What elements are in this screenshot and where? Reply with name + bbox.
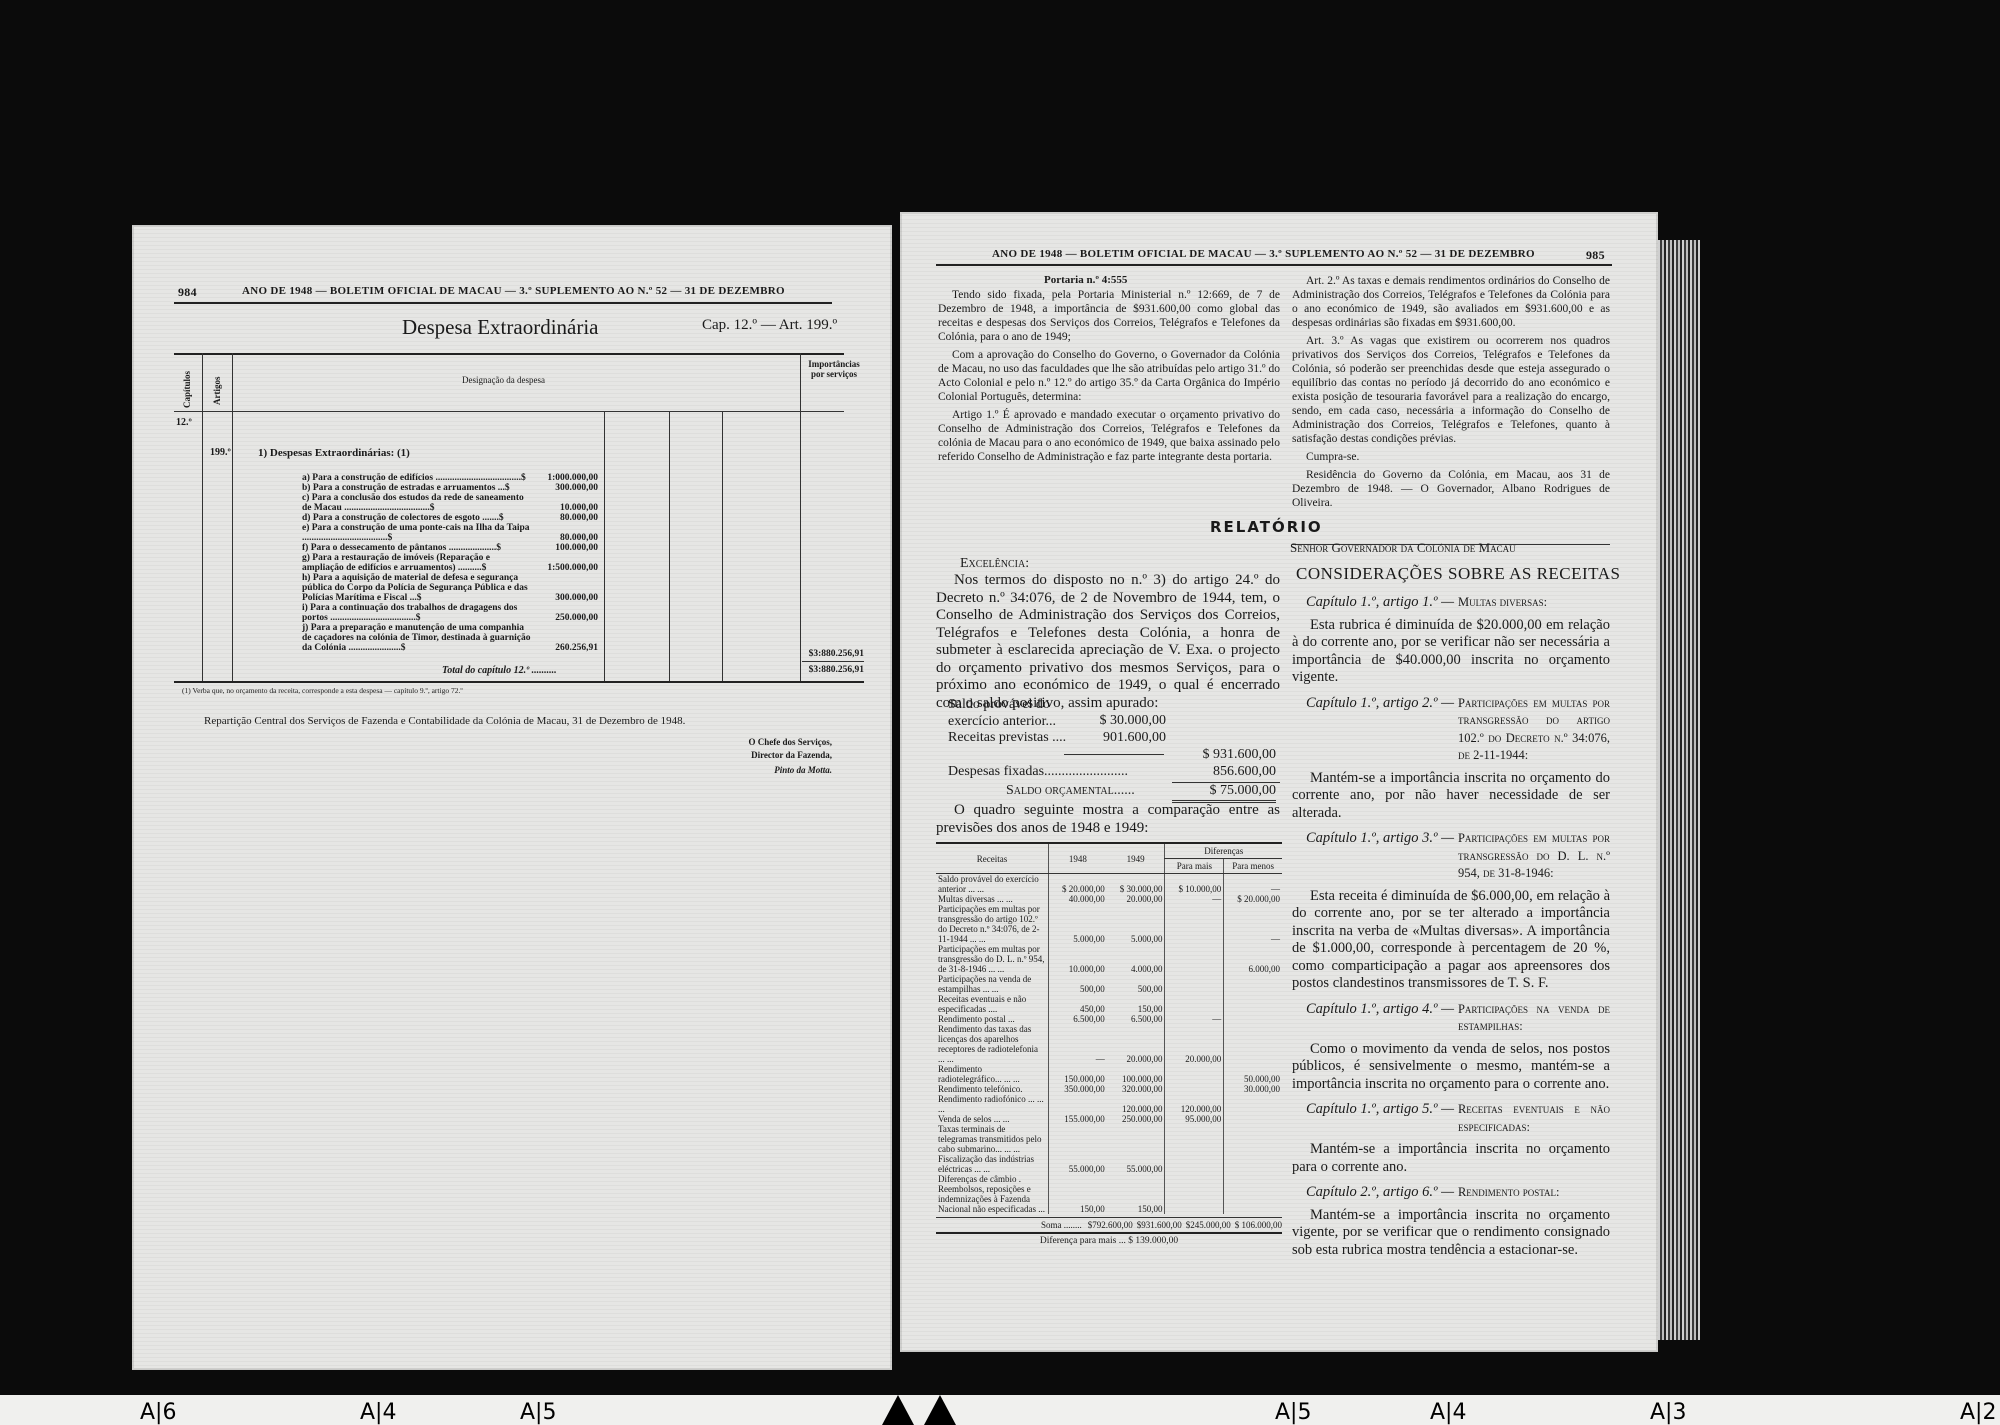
expense-item-b: b) Para a construção de estradas e arrua… <box>302 483 532 493</box>
comparison-table-body: Saldo provável do exercício anterior ...… <box>936 874 1282 1215</box>
page-edge <box>1658 240 1700 1340</box>
footnote: (1) Verba que, no orçamento da receita, … <box>182 686 463 695</box>
signoff-role-1: O Chefe dos Serviços, <box>702 737 832 747</box>
relatorio-title: RELATÓRIO <box>1210 518 1323 536</box>
saldo-value: $ 30.000,00 <box>1086 713 1166 730</box>
th-1948: 1948 <box>1049 844 1107 874</box>
expense-item-c: c) Para a conclusão dos estudos da rede … <box>302 493 532 513</box>
expense-item-d: d) Para a construção de colectores de es… <box>302 513 532 523</box>
table-row: Saldo provável do exercício anterior ...… <box>936 874 1282 895</box>
signoff-place: Repartição Central dos Serviços de Fazen… <box>204 715 685 727</box>
consideracao-section: Capítulo 1.º, artigo 3.º —Participações … <box>1292 830 1610 993</box>
table-row: Rendimento das taxas das licenças dos ap… <box>936 1024 1282 1064</box>
consideracao-section: Capítulo 2.º, artigo 6.º —Rendimento pos… <box>1292 1184 1610 1259</box>
table-row: Reembolsos, reposições e indemnizações à… <box>936 1184 1282 1214</box>
receitas-label: Receitas previstas .... <box>948 730 1066 747</box>
salutation: Senhor Governador da Colónia de Macau <box>1290 540 1516 556</box>
sum-value: $ 931.600,00 <box>1172 747 1276 764</box>
consideracoes-sections: Capítulo 1.º, artigo 1.º —Multas diversa… <box>1292 594 1610 1267</box>
left-running-head: ANO DE 1948 — BOLETIM OFICIAL DE MACAU —… <box>242 285 785 297</box>
despesas-label: Despesas fixadas........................ <box>948 764 1128 781</box>
expense-item-j: j) Para a preparação e manutenção de uma… <box>302 623 532 653</box>
consideracao-section: Capítulo 1.º, artigo 5.º —Receitas event… <box>1292 1101 1610 1176</box>
table-bottom-rule <box>174 681 864 683</box>
right-page-number: 985 <box>1586 248 1605 263</box>
frame-marker: A|5 <box>520 1400 556 1425</box>
frame-marker: A|6 <box>140 1400 176 1425</box>
soma-mais: $245.000,00 <box>1186 1220 1231 1230</box>
section-heading: 1) Despesas Extraordinárias: (1) <box>258 447 410 459</box>
quadro-intro: O quadro seguinte mostra a comparação en… <box>936 802 1280 843</box>
artigo-value: 199.º <box>210 447 231 458</box>
table-row: Rendimento radiofónico ... ... ...120.00… <box>936 1094 1282 1114</box>
table-row: Participações em multas por transgressão… <box>936 944 1282 974</box>
col-designacao: Designação da despesa <box>462 375 545 385</box>
consideracao-section: Capítulo 1.º, artigo 1.º —Multas diversa… <box>1292 594 1610 687</box>
excelencia: Excelência: <box>960 556 1029 572</box>
balance-block: Saldo provável do exercício anterior... … <box>936 697 1280 803</box>
total-amount: $3:880.256,91 <box>802 665 864 675</box>
table-title: Despesa Extraordinária <box>402 315 599 340</box>
consideracoes-title: CONSIDERAÇÕES SOBRE AS RECEITAS <box>1296 564 1620 584</box>
left-page-number: 984 <box>178 285 197 300</box>
expense-item-h: h) Para a aquisição de material de defes… <box>302 573 532 603</box>
expense-item-f: f) Para o dessecamento de pântanos .....… <box>302 543 532 553</box>
total-label: Total do capítulo 12.º .......... <box>442 665 557 676</box>
frame-marker: A|5 <box>1275 1400 1311 1425</box>
portaria-title: Portaria n.º 4:555 <box>1044 274 1127 286</box>
soma-menos: $ 106.000,00 <box>1235 1220 1282 1230</box>
diferenca-total: Diferença para mais ... $ 139.000,00 <box>936 1236 1282 1246</box>
receitas-value: 901.600,00 <box>1086 730 1166 747</box>
th-1949: 1949 <box>1107 844 1165 874</box>
portaria-body-right: Art. 2.º As taxas e demais rendimentos o… <box>1292 274 1610 514</box>
table-row: Participações em multas por transgressão… <box>936 904 1282 944</box>
th-diferencas: Diferenças <box>1165 844 1282 859</box>
frame-marker: A|2 <box>1960 1400 1996 1425</box>
th-para-mais: Para mais <box>1165 859 1224 874</box>
saldo-orcamental-value: $ 75.000,00 <box>1172 783 1276 803</box>
expense-item-g: g) Para a restauração de imóveis (Repara… <box>302 553 532 573</box>
table-row: Multas diversas ... ...40.000,0020.000,0… <box>936 894 1282 904</box>
table-row: Participações na venda de estampilhas ..… <box>936 974 1282 994</box>
left-page: 984 ANO DE 1948 — BOLETIM OFICIAL DE MAC… <box>132 225 892 1370</box>
header-rule <box>174 302 832 304</box>
capitulo-value: 12.º <box>176 417 192 428</box>
saldo-label: Saldo provável do exercício anterior... <box>948 697 1088 730</box>
table-row: Rendimento postal ...6.500,006.500,00— <box>936 1014 1282 1024</box>
table-top-rule <box>174 353 844 355</box>
table-row: Fiscalização das indústrias eléctricas .… <box>936 1154 1282 1174</box>
right-running-head: ANO DE 1948 — BOLETIM OFICIAL DE MACAU —… <box>992 248 1535 260</box>
soma-1949: $931.600,00 <box>1137 1220 1182 1230</box>
expense-item-i: i) Para a continuação dos trabalhos de d… <box>302 603 532 623</box>
table-row: Diferenças de câmbio . <box>936 1174 1282 1184</box>
table-row: Rendimento radiotelegráfico... ... ...15… <box>936 1064 1282 1084</box>
portaria-body-left: Tendo sido fixada, pela Portaria Ministe… <box>938 288 1280 468</box>
subtotal-amount: $3:880.256,91 <box>802 649 864 659</box>
right-page: ANO DE 1948 — BOLETIM OFICIAL DE MACAU —… <box>900 212 1658 1352</box>
col-artigo: Artigos <box>212 365 222 405</box>
frame-marker: A|3 <box>1650 1400 1686 1425</box>
signoff-role-2: Director da Fazenda, <box>702 750 832 760</box>
header-rule <box>936 264 1612 266</box>
signoff-name: Pinto da Motta. <box>702 765 832 775</box>
frame-triangle-icon <box>924 1395 956 1425</box>
th-para-menos: Para menos <box>1224 859 1282 874</box>
comparison-table: Receitas 1948 1949 Diferenças Para mais … <box>936 842 1282 1246</box>
consideracao-section: Capítulo 1.º, artigo 4.º —Participações … <box>1292 1001 1610 1094</box>
expense-item-a: a) Para a construção de edifícios ......… <box>302 473 532 483</box>
film-strip <box>0 1395 2000 1425</box>
table-row: Rendimento telefónico.350.000,00320.000,… <box>936 1084 1282 1094</box>
saldo-orcamental-label: Saldo orçamental...... <box>1006 783 1135 800</box>
col-importancias: Importâncias por serviços <box>804 359 864 379</box>
consideracao-section: Capítulo 1.º, artigo 2.º —Participações … <box>1292 695 1610 823</box>
table-row: Venda de selos ... ...155.000,00250.000,… <box>936 1114 1282 1124</box>
soma-1948: $792.600,00 <box>1088 1220 1133 1230</box>
col-capitulo: Capítulos <box>182 360 192 408</box>
despesas-value: 856.600,00 <box>1172 764 1276 781</box>
cap-art-label: Cap. 12.º — Art. 199.º <box>702 317 837 334</box>
frame-triangle-icon <box>882 1395 914 1425</box>
th-receitas: Receitas <box>936 844 1049 874</box>
table-row: Taxas terminais de telegramas transmitid… <box>936 1124 1282 1154</box>
frame-marker: A|4 <box>1430 1400 1466 1425</box>
table-row: Receitas eventuais e não especificadas .… <box>936 994 1282 1014</box>
expense-item-e: e) Para a construção de uma ponte-cais n… <box>302 523 532 543</box>
frame-marker: A|4 <box>360 1400 396 1425</box>
soma-row: Soma ........ $792.600,00 $931.600,00 $2… <box>936 1217 1282 1234</box>
